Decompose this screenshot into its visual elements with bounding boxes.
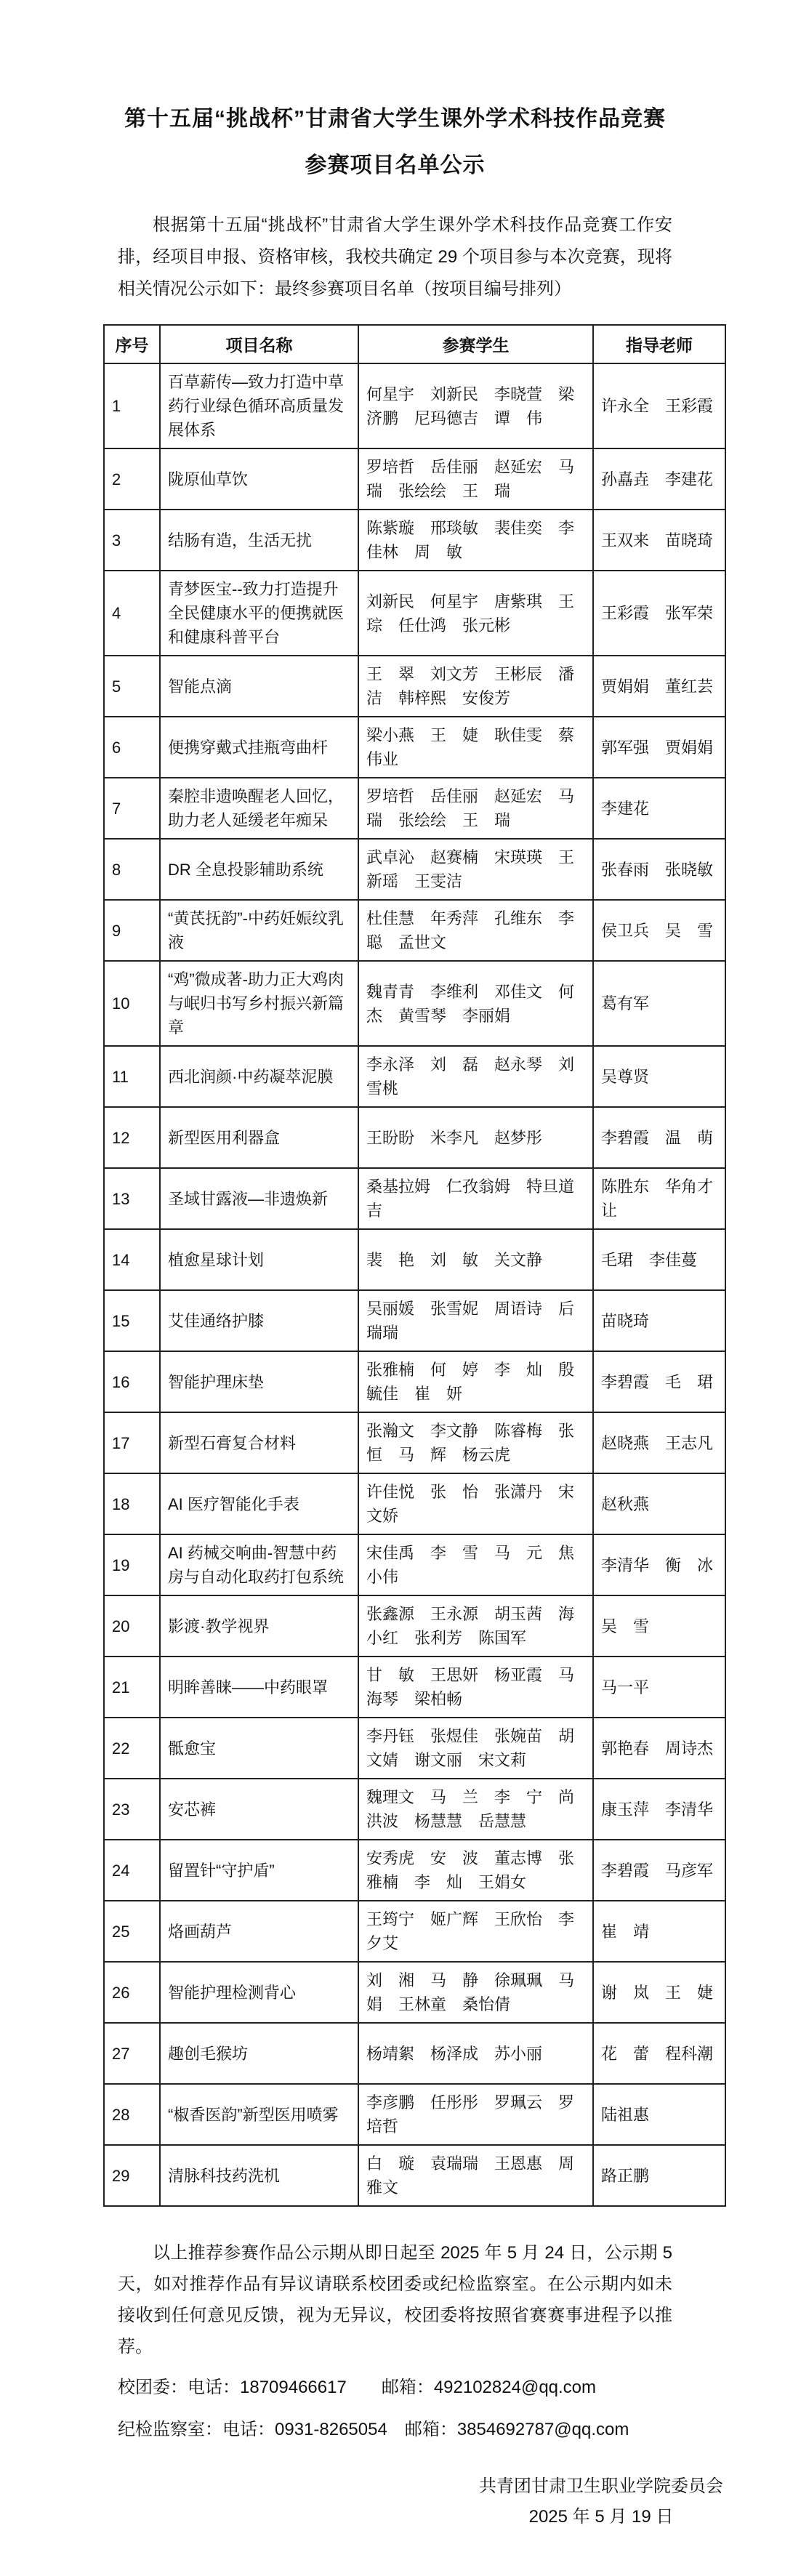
projects-table: 序号 项目名称 参赛学生 指导老师 1百草薪传—致力打造中草药行业绿色循环高质量… — [103, 324, 726, 2207]
cell-no: 14 — [104, 1229, 160, 1290]
cell-no: 15 — [104, 1290, 160, 1351]
table-row: 9“黄芪抚韵”-中药妊娠纹乳液杜佳慧 年秀萍 孔维东 李 聪 孟世文侯卫兵 吴 … — [104, 900, 725, 961]
cell-no: 5 — [104, 656, 160, 717]
cell-students: 刘 湘 马 静 徐珮珮 马 娟 王林童 桑怡倩 — [358, 1962, 593, 2023]
cell-project: 西北润颜·中药凝萃泥膜 — [160, 1046, 358, 1107]
table-row: 3结肠有造，生活无扰陈紫璇 邢琰敏 裴佳奕 李佳林 周 敏王双来 苗晓琦 — [104, 510, 725, 571]
cell-no: 28 — [104, 2084, 160, 2145]
table-row: 21明眸善睐——中药眼罩甘 敏 王思妍 杨亚霞 马海琴 梁柏畅马一平 — [104, 1657, 725, 1718]
footer-paragraph: 以上推荐参赛作品公示期从即日起至 2025 年 5 月 24 日，公示期 5 天… — [118, 2237, 672, 2362]
cell-project: 新型石膏复合材料 — [160, 1412, 358, 1473]
cell-project: 植愈星球计划 — [160, 1229, 358, 1290]
cell-project: 骶愈宝 — [160, 1718, 358, 1779]
cell-project: 陇原仙草饮 — [160, 448, 358, 510]
table-row: 2陇原仙草饮罗培哲 岳佳丽 赵延宏 马 瑞 张绘绘 王 瑞孙嚞垚 李建花 — [104, 448, 725, 510]
cell-no: 16 — [104, 1351, 160, 1412]
cell-no: 12 — [104, 1107, 160, 1168]
cell-students: 甘 敏 王思妍 杨亚霞 马海琴 梁柏畅 — [358, 1657, 593, 1718]
cell-no: 9 — [104, 900, 160, 961]
table-row: 8DR 全息投影辅助系统武卓沁 赵赛楠 宋瑛瑛 王新瑶 王雯洁张春雨 张晓敏 — [104, 839, 725, 900]
cell-students: 李丹钰 张煜佳 张婉苗 胡文婧 谢文丽 宋文莉 — [358, 1718, 593, 1779]
table-row: 24留置针“守护盾”安秀虎 安 波 董志博 张雅楠 李 灿 王娟女李碧霞 马彦军 — [104, 1840, 725, 1901]
table-row: 18AI 医疗智能化手表许佳悦 张 怡 张潇丹 宋文娇赵秋燕 — [104, 1473, 725, 1534]
cell-teachers: 赵秋燕 — [593, 1473, 725, 1534]
cell-project: 便携穿戴式挂瓶弯曲杆 — [160, 717, 358, 778]
table-row: 10“鸡”微成著-助力正大鸡肉与岷归书写乡村振兴新篇章魏青青 李维利 邓佳文 何… — [104, 961, 725, 1046]
cell-no: 3 — [104, 510, 160, 571]
table-row: 5智能点滴王 翠 刘文芳 王彬辰 潘 洁 韩梓熙 安俊芳贾娟娟 董红芸 — [104, 656, 725, 717]
contact-line-youth-league: 校团委：电话：18709466617 邮箱：492102824@qq.com — [118, 2371, 672, 2404]
cell-project: 艾佳通络护膝 — [160, 1290, 358, 1351]
cell-teachers: 谢 岚 王 婕 — [593, 1962, 725, 2023]
cell-project: 清脉科技药洗机 — [160, 2145, 358, 2206]
cell-students: 王筠宁 姬广辉 王欣怡 李夕艾 — [358, 1901, 593, 1962]
cell-project: 百草薪传—致力打造中草药行业绿色循环高质量发展体系 — [160, 363, 358, 448]
cell-project: “黄芪抚韵”-中药妊娠纹乳液 — [160, 900, 358, 961]
cell-students: 安秀虎 安 波 董志博 张雅楠 李 灿 王娟女 — [358, 1840, 593, 1901]
cell-teachers: 郭军强 贾娟娟 — [593, 717, 725, 778]
intro-paragraph: 根据第十五届“挑战杯”甘肃省大学生课外学术科技作品竞赛工作安排，经项目申报、资格… — [118, 209, 672, 305]
cell-no: 17 — [104, 1412, 160, 1473]
header-cell-teachers: 指导老师 — [593, 325, 725, 363]
cell-teachers: 李碧霞 马彦军 — [593, 1840, 725, 1901]
cell-teachers: 李碧霞 温 萌 — [593, 1107, 725, 1168]
cell-project: 新型医用利器盒 — [160, 1107, 358, 1168]
cell-no: 22 — [104, 1718, 160, 1779]
table-row: 15艾佳通络护膝吴丽媛 张雪妮 周语诗 后瑞瑞苗晓琦 — [104, 1290, 725, 1351]
cell-teachers: 崔 靖 — [593, 1901, 725, 1962]
cell-no: 29 — [104, 2145, 160, 2206]
table-row: 19AI 药械交响曲-智慧中药房与自动化取药打包系统宋佳禹 李 雪 马 元 焦小… — [104, 1534, 725, 1595]
table-row: 22骶愈宝李丹钰 张煜佳 张婉苗 胡文婧 谢文丽 宋文莉郭艳春 周诗杰 — [104, 1718, 725, 1779]
cell-no: 1 — [104, 363, 160, 448]
cell-students: 王 翠 刘文芳 王彬辰 潘 洁 韩梓熙 安俊芳 — [358, 656, 593, 717]
cell-no: 6 — [104, 717, 160, 778]
cell-project: 烙画葫芦 — [160, 1901, 358, 1962]
cell-no: 7 — [104, 778, 160, 839]
table-row: 12新型医用利器盒王盼盼 米李凡 赵梦彤李碧霞 温 萌 — [104, 1107, 725, 1168]
cell-students: 李永泽 刘 磊 赵永琴 刘雪桃 — [358, 1046, 593, 1107]
cell-project: “椒香医韵”新型医用喷雾 — [160, 2084, 358, 2145]
cell-teachers: 毛珺 李佳蔓 — [593, 1229, 725, 1290]
cell-teachers: 吴尊贤 — [593, 1046, 725, 1107]
header-cell-students: 参赛学生 — [358, 325, 593, 363]
cell-students: 宋佳禹 李 雪 马 元 焦小伟 — [358, 1534, 593, 1595]
cell-project: 留置针“守护盾” — [160, 1840, 358, 1901]
table-header-row: 序号 项目名称 参赛学生 指导老师 — [104, 325, 725, 363]
cell-teachers: 花 蕾 程科潮 — [593, 2023, 725, 2084]
table-row: 17新型石膏复合材料张瀚文 李文静 陈睿梅 张 恒 马 辉 杨云虎赵晓燕 王志凡 — [104, 1412, 725, 1473]
cell-teachers: 吴 雪 — [593, 1595, 725, 1657]
cell-project: 智能护理床垫 — [160, 1351, 358, 1412]
cell-students: 王盼盼 米李凡 赵梦彤 — [358, 1107, 593, 1168]
cell-project: 智能护理检测背心 — [160, 1962, 358, 2023]
cell-project: 趣创毛猴坊 — [160, 2023, 358, 2084]
cell-teachers: 郭艳春 周诗杰 — [593, 1718, 725, 1779]
cell-no: 21 — [104, 1657, 160, 1718]
cell-teachers: 侯卫兵 吴 雪 — [593, 900, 725, 961]
table-row: 26智能护理检测背心刘 湘 马 静 徐珮珮 马 娟 王林童 桑怡倩谢 岚 王 婕 — [104, 1962, 725, 2023]
cell-teachers: 李建花 — [593, 778, 725, 839]
cell-no: 2 — [104, 448, 160, 510]
cell-teachers: 王双来 苗晓琦 — [593, 510, 725, 571]
cell-project: “鸡”微成著-助力正大鸡肉与岷归书写乡村振兴新篇章 — [160, 961, 358, 1046]
cell-no: 23 — [104, 1779, 160, 1840]
table-row: 25烙画葫芦王筠宁 姬广辉 王欣怡 李夕艾崔 靖 — [104, 1901, 725, 1962]
table-row: 29清脉科技药洗机白 璇 袁瑞瑞 王恩惠 周雅文路正鹏 — [104, 2145, 725, 2206]
table-row: 4青梦医宝--致力打造提升全民健康水平的便携就医和健康科普平台刘新民 何星宇 唐… — [104, 571, 725, 656]
cell-teachers: 路正鹏 — [593, 2145, 725, 2206]
cell-project: 安芯裤 — [160, 1779, 358, 1840]
table-row: 11西北润颜·中药凝萃泥膜李永泽 刘 磊 赵永琴 刘雪桃吴尊贤 — [104, 1046, 725, 1107]
cell-no: 13 — [104, 1168, 160, 1229]
cell-teachers: 苗晓琦 — [593, 1290, 725, 1351]
page-title: 第十五届“挑战杯”甘肃省大学生课外学术科技作品竞赛参赛项目名单公示 — [118, 96, 672, 189]
cell-no: 10 — [104, 961, 160, 1046]
cell-project: AI 医疗智能化手表 — [160, 1473, 358, 1534]
cell-teachers: 陆祖惠 — [593, 2084, 725, 2145]
table-row: 13圣域甘露液—非遗焕新桑基拉姆 仁孜翁姆 特旦道吉陈胜东 华角才让 — [104, 1168, 725, 1229]
cell-teachers: 许永全 王彩霞 — [593, 363, 725, 448]
cell-students: 梁小燕 王 婕 耿佳雯 蔡伟业 — [358, 717, 593, 778]
cell-students: 张雅楠 何 婷 李 灿 殷毓佳 崔 妍 — [358, 1351, 593, 1412]
table-row: 23安芯裤魏理文 马 兰 李 宁 尚洪波 杨慧慧 岳慧慧康玉萍 李清华 — [104, 1779, 725, 1840]
signature: 共青团甘肃卫生职业学院委员会 — [479, 2471, 723, 2502]
signature-block: 共青团甘肃卫生职业学院委员会 2025 年 5 月 19 日 — [103, 2471, 723, 2532]
cell-project: DR 全息投影辅助系统 — [160, 839, 358, 900]
cell-teachers: 李清华 衡 冰 — [593, 1534, 725, 1595]
cell-no: 11 — [104, 1046, 160, 1107]
cell-project: AI 药械交响曲-智慧中药房与自动化取药打包系统 — [160, 1534, 358, 1595]
cell-students: 武卓沁 赵赛楠 宋瑛瑛 王新瑶 王雯洁 — [358, 839, 593, 900]
cell-students: 刘新民 何星宇 唐紫琪 王 琮 任仕鸿 张元彬 — [358, 571, 593, 656]
cell-teachers: 张春雨 张晓敏 — [593, 839, 725, 900]
date: 2025 年 5 月 19 日 — [479, 2502, 723, 2532]
cell-teachers: 康玉萍 李清华 — [593, 1779, 725, 1840]
cell-no: 18 — [104, 1473, 160, 1534]
cell-teachers: 马一平 — [593, 1657, 725, 1718]
table-row: 14植愈星球计划裴 艳 刘 敏 关文静毛珺 李佳蔓 — [104, 1229, 725, 1290]
cell-no: 4 — [104, 571, 160, 656]
table-row: 6便携穿戴式挂瓶弯曲杆梁小燕 王 婕 耿佳雯 蔡伟业郭军强 贾娟娟 — [104, 717, 725, 778]
cell-project: 智能点滴 — [160, 656, 358, 717]
table-row: 16智能护理床垫张雅楠 何 婷 李 灿 殷毓佳 崔 妍李碧霞 毛 珺 — [104, 1351, 725, 1412]
cell-no: 24 — [104, 1840, 160, 1901]
cell-students: 张鑫源 王永源 胡玉茜 海小红 张利芳 陈国军 — [358, 1595, 593, 1657]
cell-no: 27 — [104, 2023, 160, 2084]
cell-teachers: 陈胜东 华角才让 — [593, 1168, 725, 1229]
cell-teachers: 王彩霞 张军荣 — [593, 571, 725, 656]
header-cell-no: 序号 — [104, 325, 160, 363]
cell-teachers: 赵晓燕 王志凡 — [593, 1412, 725, 1473]
cell-students: 李彦鹏 任彤彤 罗珮云 罗培哲 — [358, 2084, 593, 2145]
cell-project: 明眸善睐——中药眼罩 — [160, 1657, 358, 1718]
cell-teachers: 孙嚞垚 李建花 — [593, 448, 725, 510]
cell-students: 许佳悦 张 怡 张潇丹 宋文娇 — [358, 1473, 593, 1534]
cell-no: 25 — [104, 1901, 160, 1962]
table-row: 7秦腔非遗唤醒老人回忆，助力老人延缓老年痴呆罗培哲 岳佳丽 赵延宏 马 瑞 张绘… — [104, 778, 725, 839]
cell-students: 张瀚文 李文静 陈睿梅 张 恒 马 辉 杨云虎 — [358, 1412, 593, 1473]
cell-students: 陈紫璇 邢琰敏 裴佳奕 李佳林 周 敏 — [358, 510, 593, 571]
cell-project: 秦腔非遗唤醒老人回忆，助力老人延缓老年痴呆 — [160, 778, 358, 839]
cell-no: 20 — [104, 1595, 160, 1657]
table-row: 28“椒香医韵”新型医用喷雾李彦鹏 任彤彤 罗珮云 罗培哲陆祖惠 — [104, 2084, 725, 2145]
table-row: 20影渡·教学视界张鑫源 王永源 胡玉茜 海小红 张利芳 陈国军吴 雪 — [104, 1595, 725, 1657]
cell-teachers: 贾娟娟 董红芸 — [593, 656, 725, 717]
announcement-page: 第十五届“挑战杯”甘肃省大学生课外学术科技作品竞赛参赛项目名单公示 根据第十五届… — [0, 0, 785, 2576]
cell-students: 杜佳慧 年秀萍 孔维东 李 聪 孟世文 — [358, 900, 593, 961]
cell-project: 圣域甘露液—非遗焕新 — [160, 1168, 358, 1229]
cell-teachers: 葛有军 — [593, 961, 725, 1046]
cell-students: 裴 艳 刘 敏 关文静 — [358, 1229, 593, 1290]
contact-line-discipline-office: 纪检监察室：电话：0931-8265054 邮箱：3854692787@qq.c… — [118, 2413, 672, 2447]
header-cell-project: 项目名称 — [160, 325, 358, 363]
cell-students: 杨靖絮 杨泽成 苏小丽 — [358, 2023, 593, 2084]
cell-students: 魏青青 李维利 邓佳文 何 杰 黄雪琴 李丽娟 — [358, 961, 593, 1046]
table-row: 27趣创毛猴坊杨靖絮 杨泽成 苏小丽花 蕾 程科潮 — [104, 2023, 725, 2084]
table-row: 1百草薪传—致力打造中草药行业绿色循环高质量发展体系何星宇 刘新民 李晓萱 梁济… — [104, 363, 725, 448]
cell-no: 8 — [104, 839, 160, 900]
cell-students: 罗培哲 岳佳丽 赵延宏 马 瑞 张绘绘 王 瑞 — [358, 448, 593, 510]
cell-students: 白 璇 袁瑞瑞 王恩惠 周雅文 — [358, 2145, 593, 2206]
cell-students: 何星宇 刘新民 李晓萱 梁济鹏 尼玛德吉 谭 伟 — [358, 363, 593, 448]
cell-no: 19 — [104, 1534, 160, 1595]
cell-teachers: 李碧霞 毛 珺 — [593, 1351, 725, 1412]
cell-students: 吴丽媛 张雪妮 周语诗 后瑞瑞 — [358, 1290, 593, 1351]
cell-project: 结肠有造，生活无扰 — [160, 510, 358, 571]
cell-project: 影渡·教学视界 — [160, 1595, 358, 1657]
cell-students: 魏理文 马 兰 李 宁 尚洪波 杨慧慧 岳慧慧 — [358, 1779, 593, 1840]
cell-no: 26 — [104, 1962, 160, 2023]
cell-students: 桑基拉姆 仁孜翁姆 特旦道吉 — [358, 1168, 593, 1229]
cell-project: 青梦医宝--致力打造提升全民健康水平的便携就医和健康科普平台 — [160, 571, 358, 656]
cell-students: 罗培哲 岳佳丽 赵延宏 马 瑞 张绘绘 王 瑞 — [358, 778, 593, 839]
